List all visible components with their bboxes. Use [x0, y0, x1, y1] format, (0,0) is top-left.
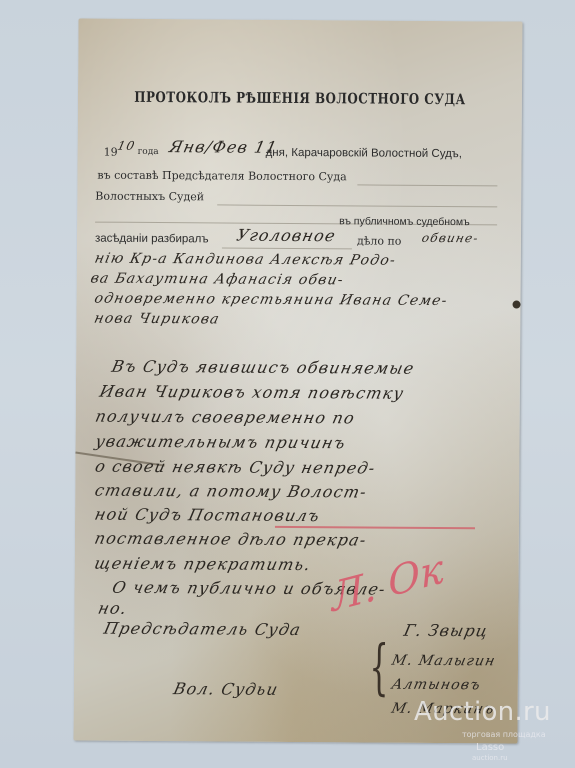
blank-rule [357, 184, 497, 186]
hw-line-12: поставленное дѣло прекра- [93, 529, 369, 550]
hw-line-4: нова Чирикова [93, 311, 222, 328]
hw-line-13: щеніемъ прекратить. [93, 554, 313, 574]
goda-label: года [138, 147, 159, 157]
hw-line-1: нію Кр-а Кандинова Алексѣя Родо- [93, 251, 398, 269]
hw-line-10: ставили, а потому Волост- [93, 481, 369, 502]
watermark-sub-2: Lasso [476, 742, 504, 753]
hw-line-5: Въ Судъ явившисъ обвиняемые [110, 357, 417, 378]
hw-line-11: ной Судъ Постановилъ [93, 505, 322, 526]
court-name: дня, Карачаровскій Волостной Судъ, [266, 147, 462, 160]
public-session-label: въ публичномъ судебномъ [339, 215, 470, 228]
hw-line-6: Иван Чириковъ хотя повѣстку [98, 382, 406, 403]
signature-brace: { [369, 633, 389, 703]
hw-line-0: обвине- [420, 231, 480, 245]
hw-line-15: но. [96, 599, 129, 618]
hw-line-3: одновременно крестьянина Ивана Семе- [93, 291, 449, 309]
blank-rule [217, 204, 497, 207]
judges-label: Вол. Судьи [172, 679, 281, 699]
case-label: дѣло по [357, 234, 402, 247]
red-underline [275, 526, 475, 529]
composition-line: въ составѣ Предсѣдателя Волостного Суда [97, 169, 346, 184]
case-type: Уголовное [235, 226, 338, 246]
hw-line-9: о своей неявкѣ Суду непред- [93, 457, 377, 478]
watermark-sub-1: торговая площадка [462, 730, 546, 739]
blank-rule [222, 247, 352, 249]
watermark-sub-3: auction.ru [472, 754, 508, 762]
chairman-signature: Г. Звырц [402, 621, 490, 641]
hw-line-7: получилъ своевременно по [94, 407, 357, 428]
document-title: ПРОТОКОЛЪ РѢШЕНІЯ ВОЛОСТНОГО СУДА [118, 89, 482, 109]
watermark-brand: Auction.ru [414, 697, 551, 727]
judge-signature-2: Алтыновъ [390, 677, 482, 694]
judges-line: Волостныхъ Судей [95, 190, 204, 204]
year-suffix: 10 [116, 139, 137, 153]
hw-line-2: ва Бахаутина Афанасія обви- [89, 271, 346, 289]
paper-hole [513, 300, 521, 308]
session-label: засѣданіи разбиралъ [95, 233, 209, 246]
chairman-label: Предсѣдатель Суда [102, 619, 303, 639]
red-pencil-mark: Л. Ок [330, 546, 446, 622]
hw-line-8: уважительнымъ причинъ [93, 432, 347, 453]
judge-signature-1: М. Малыгин [390, 653, 497, 670]
document-paper: ПРОТОКОЛЪ РѢШЕНІЯ ВОЛОСТНОГО СУДА 19 10 … [73, 18, 522, 743]
date-handwritten: Янв/Фев 11 [168, 137, 280, 157]
